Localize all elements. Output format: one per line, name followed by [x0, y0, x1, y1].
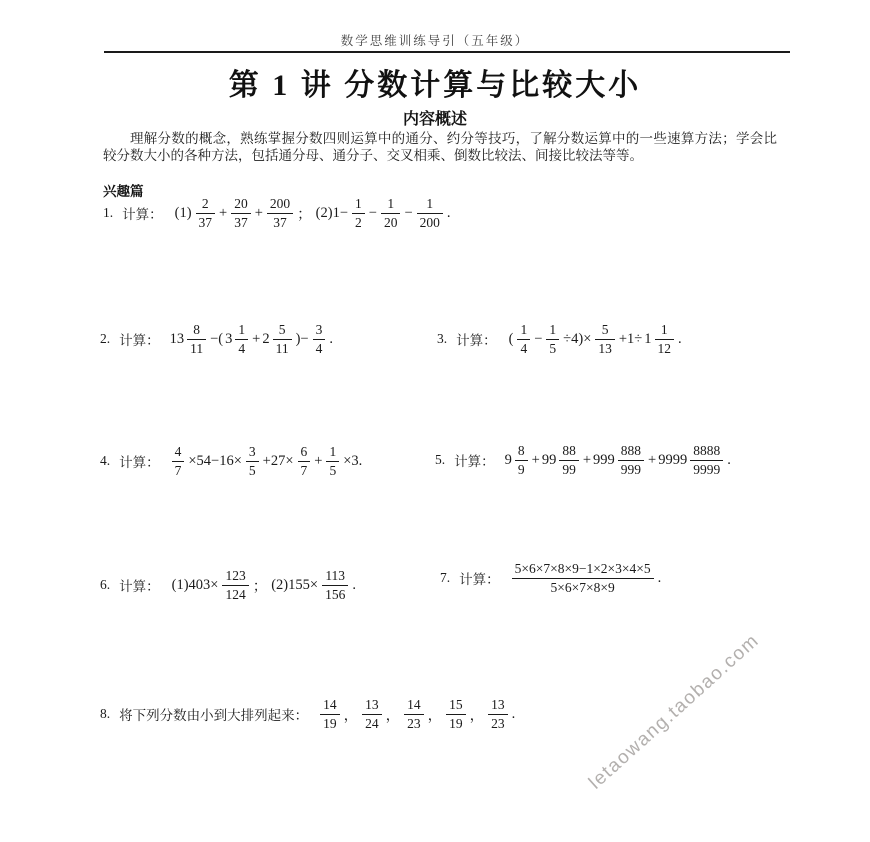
lesson-title: 第 1 讲 分数计算与比较大小: [0, 60, 870, 104]
header-rule: [104, 51, 790, 53]
math-token: .: [727, 452, 731, 469]
problem-number: 4.: [100, 453, 110, 469]
fraction-denominator: 7: [172, 462, 185, 479]
math-token: .: [329, 331, 333, 348]
problem-prompt: 计算：: [119, 575, 160, 595]
math-token: ，: [428, 704, 443, 725]
problem-number: 3.: [437, 331, 447, 347]
watermark: letaowang.taobao.com: [585, 630, 764, 794]
math-expression: 47×54−16×35+27×67+15×3.: [170, 444, 365, 478]
math-token: ，: [386, 704, 401, 725]
fraction-denominator: 19: [320, 715, 340, 732]
math-expression: 13811−(314+2511)−34.: [170, 322, 335, 356]
fraction: 35: [246, 444, 259, 478]
fraction-denominator: 5: [326, 462, 339, 479]
fraction-numerator: 14: [320, 697, 340, 715]
fraction-numerator: 13: [488, 697, 508, 715]
fraction-numerator: 3: [313, 322, 326, 340]
problem-prompt: 计算：: [454, 450, 495, 470]
fraction-numerator: 5: [273, 322, 292, 340]
problem-prompt: 计算：: [122, 203, 163, 223]
fraction-denominator: 12: [655, 340, 675, 357]
math-token: (1): [175, 205, 192, 222]
fraction-denominator: 11: [273, 340, 292, 357]
fraction-denominator: 2: [352, 214, 365, 231]
fraction-denominator: 4: [235, 340, 248, 357]
mixed-number-whole: 9999: [658, 452, 687, 469]
mixed-number-whole: 99: [542, 452, 557, 469]
fraction: 123124: [222, 568, 248, 602]
math-token: +27×: [263, 453, 294, 470]
math-token: (2)1−: [316, 205, 348, 222]
fraction-denominator: 200: [417, 214, 443, 231]
fraction-denominator: 37: [196, 214, 216, 231]
problem-prompt: 将下列分数由小到大排列起来：: [119, 704, 308, 724]
fraction-numerator: 1: [517, 322, 530, 340]
math-token: .: [512, 706, 516, 723]
fraction: 2037: [231, 196, 251, 230]
problem-7: 7.计算：5×6×7×8×9−1×2×3×4×55×6×7×8×9.: [440, 561, 663, 595]
fraction-numerator: 5×6×7×8×9−1×2×3×4×5: [512, 561, 654, 579]
fraction-denominator: 19: [446, 715, 466, 732]
fraction: 112: [655, 322, 675, 356]
fraction: 47: [172, 444, 185, 478]
fraction-numerator: 1: [326, 444, 339, 462]
fraction: 5×6×7×8×9−1×2×3×4×55×6×7×8×9: [512, 561, 654, 595]
mixed-number-whole: 2: [262, 331, 269, 348]
fraction: 1200: [417, 196, 443, 230]
math-token: ；: [253, 575, 268, 596]
fraction-numerator: 123: [222, 568, 248, 586]
math-token: ×3.: [343, 453, 362, 470]
problem-prompt: 计算：: [119, 451, 160, 471]
math-expression: 5×6×7×8×9−1×2×3×4×55×6×7×8×9.: [510, 561, 664, 595]
math-token: +1÷: [619, 331, 642, 348]
fraction-denominator: 23: [404, 715, 424, 732]
problem-number: 1.: [103, 205, 113, 221]
fraction-denominator: 124: [222, 586, 248, 603]
fraction: 14: [235, 322, 248, 356]
math-token: ；: [297, 203, 312, 224]
fraction-denominator: 5: [546, 340, 559, 357]
fraction: 34: [313, 322, 326, 356]
problem-4: 4.计算：47×54−16×35+27×67+15×3.: [100, 444, 364, 478]
fraction-denominator: 4: [517, 340, 530, 357]
fraction: 15: [326, 444, 339, 478]
fraction-numerator: 13: [362, 697, 382, 715]
problem-prompt: 计算：: [459, 568, 500, 588]
fraction-denominator: 13: [595, 340, 615, 357]
fraction: 88889999: [690, 443, 723, 477]
math-token: .: [352, 577, 356, 594]
problem-3: 3.计算：(14−15÷4)×513+1÷1112.: [437, 322, 684, 356]
math-token: +: [532, 452, 540, 469]
problem-number: 6.: [100, 577, 110, 593]
fraction-denominator: 11: [187, 340, 206, 357]
fraction-denominator: 4: [313, 340, 326, 357]
math-expression: 1419，1324，1423，1519，1323.: [318, 697, 517, 731]
fraction: 511: [273, 322, 292, 356]
fraction-denominator: 20: [381, 214, 401, 231]
overview-heading: 内容概述: [0, 106, 870, 129]
math-expression: (14−15÷4)×513+1÷1112.: [507, 322, 684, 356]
math-expression: (1)403×123124；(2)155×113156.: [170, 568, 358, 602]
fraction-numerator: 6: [298, 444, 311, 462]
math-token: −: [404, 205, 412, 222]
math-token: +: [219, 205, 227, 222]
mixed-number-whole: 3: [225, 331, 232, 348]
problem-number: 2.: [100, 331, 110, 347]
problem-1: 1.计算：(1)237+2037+20037；(2)1−12−120−1200.: [103, 196, 453, 230]
fraction: 14: [517, 322, 530, 356]
math-token: (2)155×: [271, 577, 318, 594]
fraction: 8899: [559, 443, 579, 477]
math-token: +: [255, 205, 263, 222]
problem-6: 6.计算：(1)403×123124；(2)155×113156.: [100, 568, 358, 602]
fraction-numerator: 1: [655, 322, 675, 340]
fraction: 1519: [446, 697, 466, 731]
fraction-numerator: 5: [595, 322, 615, 340]
math-token: −: [534, 331, 542, 348]
mixed-number-whole: 13: [170, 331, 185, 348]
fraction-numerator: 15: [446, 697, 466, 715]
fraction-denominator: 37: [231, 214, 251, 231]
fraction: 1419: [320, 697, 340, 731]
math-token: +: [314, 453, 322, 470]
fraction: 1323: [488, 697, 508, 731]
math-token: .: [678, 331, 682, 348]
problem-number: 5.: [435, 452, 445, 468]
problem-8: 8.将下列分数由小到大排列起来：1419，1324，1423，1519，1323…: [100, 697, 517, 731]
fraction-numerator: 1: [381, 196, 401, 214]
math-token: )−: [296, 331, 309, 348]
fraction: 89: [515, 443, 528, 477]
math-token: −(: [210, 331, 223, 348]
fraction-denominator: 999: [618, 461, 644, 478]
math-token: +: [648, 452, 656, 469]
page-header: 数学思维训练导引（五年级）: [0, 31, 870, 49]
fraction-denominator: 7: [298, 462, 311, 479]
fraction: 811: [187, 322, 206, 356]
fraction-numerator: 8: [187, 322, 206, 340]
math-token: (: [509, 331, 514, 348]
fraction: 1324: [362, 697, 382, 731]
mixed-number-whole: 1: [644, 331, 651, 348]
fraction: 67: [298, 444, 311, 478]
math-expression: (1)237+2037+20037；(2)1−12−120−1200.: [173, 196, 453, 230]
fraction: 1423: [404, 697, 424, 731]
math-token: ×54−16×: [188, 453, 242, 470]
fraction: 15: [546, 322, 559, 356]
fraction-numerator: 8: [515, 443, 528, 461]
fraction-numerator: 8888: [690, 443, 723, 461]
fraction: 237: [196, 196, 216, 230]
fraction: 113156: [322, 568, 348, 602]
problem-number: 7.: [440, 570, 450, 586]
fraction-denominator: 37: [267, 214, 293, 231]
mixed-number-whole: 999: [593, 452, 615, 469]
math-token: +: [583, 452, 591, 469]
fraction-numerator: 4: [172, 444, 185, 462]
fraction-denominator: 99: [559, 461, 579, 478]
fraction-denominator: 23: [488, 715, 508, 732]
fraction-numerator: 88: [559, 443, 579, 461]
fraction-numerator: 3: [246, 444, 259, 462]
problem-number: 8.: [100, 706, 110, 722]
fraction-denominator: 9999: [690, 461, 723, 478]
fraction-numerator: 20: [231, 196, 251, 214]
fraction: 513: [595, 322, 615, 356]
fraction-numerator: 14: [404, 697, 424, 715]
problem-prompt: 计算：: [456, 329, 497, 349]
fraction: 888999: [618, 443, 644, 477]
fraction-denominator: 156: [322, 586, 348, 603]
fraction-numerator: 1: [546, 322, 559, 340]
fraction-numerator: 200: [267, 196, 293, 214]
fraction-numerator: 1: [417, 196, 443, 214]
math-token: ÷4)×: [563, 331, 591, 348]
math-token: −: [369, 205, 377, 222]
math-token: +: [252, 331, 260, 348]
overview-paragraph: 理解分数的概念，熟练掌握分数四则运算中的通分、约分等技巧，了解分数运算中的一些速…: [103, 131, 777, 164]
fraction: 12: [352, 196, 365, 230]
mixed-number-whole: 9: [505, 452, 512, 469]
math-token: .: [658, 570, 662, 587]
problem-2: 2.计算：13811−(314+2511)−34.: [100, 322, 335, 356]
math-token: ，: [344, 704, 359, 725]
problem-prompt: 计算：: [119, 329, 160, 349]
fraction-numerator: 2: [196, 196, 216, 214]
math-token: (1)403×: [172, 577, 219, 594]
fraction-numerator: 1: [235, 322, 248, 340]
fraction: 120: [381, 196, 401, 230]
fraction-numerator: 113: [322, 568, 348, 586]
math-token: .: [447, 205, 451, 222]
fraction-numerator: 1: [352, 196, 365, 214]
fraction-denominator: 24: [362, 715, 382, 732]
fraction-numerator: 888: [618, 443, 644, 461]
worksheet-page: 数学思维训练导引（五年级） 第 1 讲 分数计算与比较大小 内容概述 理解分数的…: [0, 0, 870, 842]
fraction: 20037: [267, 196, 293, 230]
math-expression: 989+998899+999888999+999988889999.: [505, 443, 733, 477]
math-token: ，: [470, 704, 485, 725]
problem-5: 5.计算：989+998899+999888999+999988889999.: [435, 443, 733, 477]
fraction-denominator: 9: [515, 461, 528, 478]
fraction-denominator: 5: [246, 462, 259, 479]
fraction-denominator: 5×6×7×8×9: [512, 579, 654, 596]
